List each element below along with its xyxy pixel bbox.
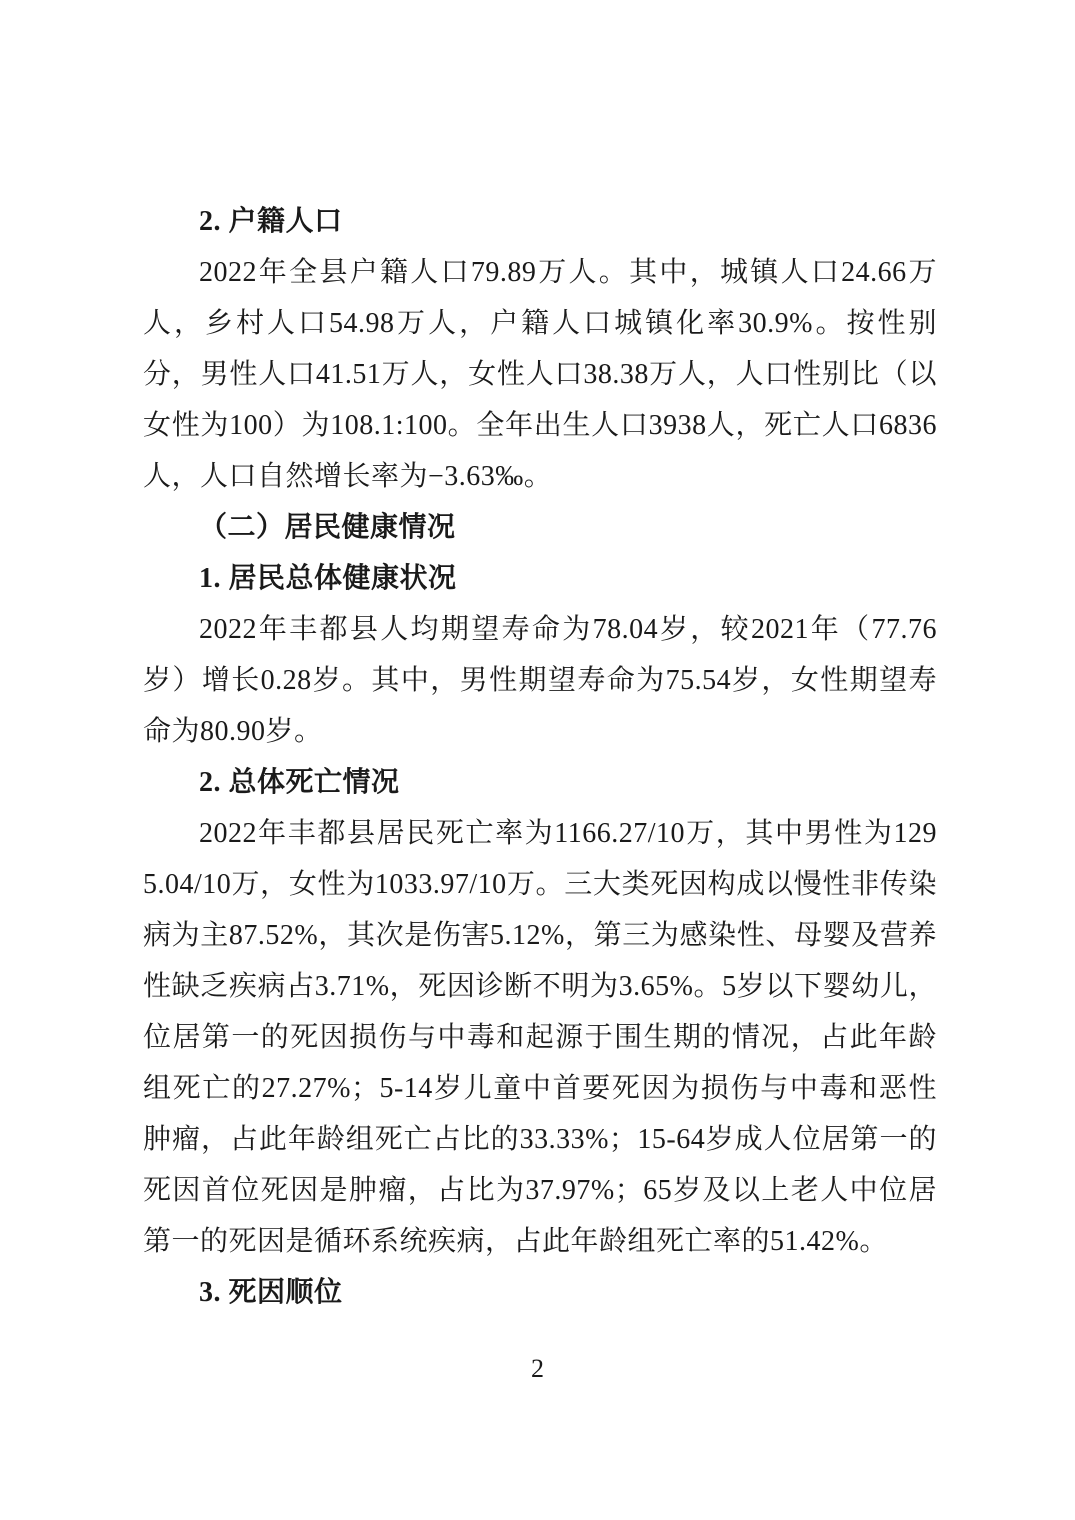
page-number: 2 bbox=[0, 1352, 1075, 1386]
paragraph-household-population: 2022年全县户籍人口79.89万人。其中，城镇人口24.66万人，乡村人口54… bbox=[143, 247, 937, 502]
document-page: 2. 户籍人口 2022年全县户籍人口79.89万人。其中，城镇人口24.66万… bbox=[0, 0, 1075, 1520]
paragraph-mortality-statistics: 2022年丰都县居民死亡率为1166.27/10万，其中男性为1295.04/1… bbox=[143, 808, 937, 1267]
heading-overall-mortality: 2. 总体死亡情况 bbox=[143, 757, 937, 808]
heading-overall-health-status: 1. 居民总体健康状况 bbox=[143, 553, 937, 604]
paragraph-life-expectancy: 2022年丰都县人均期望寿命为78.04岁，较2021年（77.76岁）增长0.… bbox=[143, 604, 937, 757]
document-body: 2. 户籍人口 2022年全县户籍人口79.89万人。其中，城镇人口24.66万… bbox=[143, 196, 937, 1318]
heading-cause-of-death-ranking: 3. 死因顺位 bbox=[143, 1267, 937, 1318]
heading-household-population: 2. 户籍人口 bbox=[143, 196, 937, 247]
heading-residents-health-section: （二）居民健康情况 bbox=[143, 502, 937, 553]
